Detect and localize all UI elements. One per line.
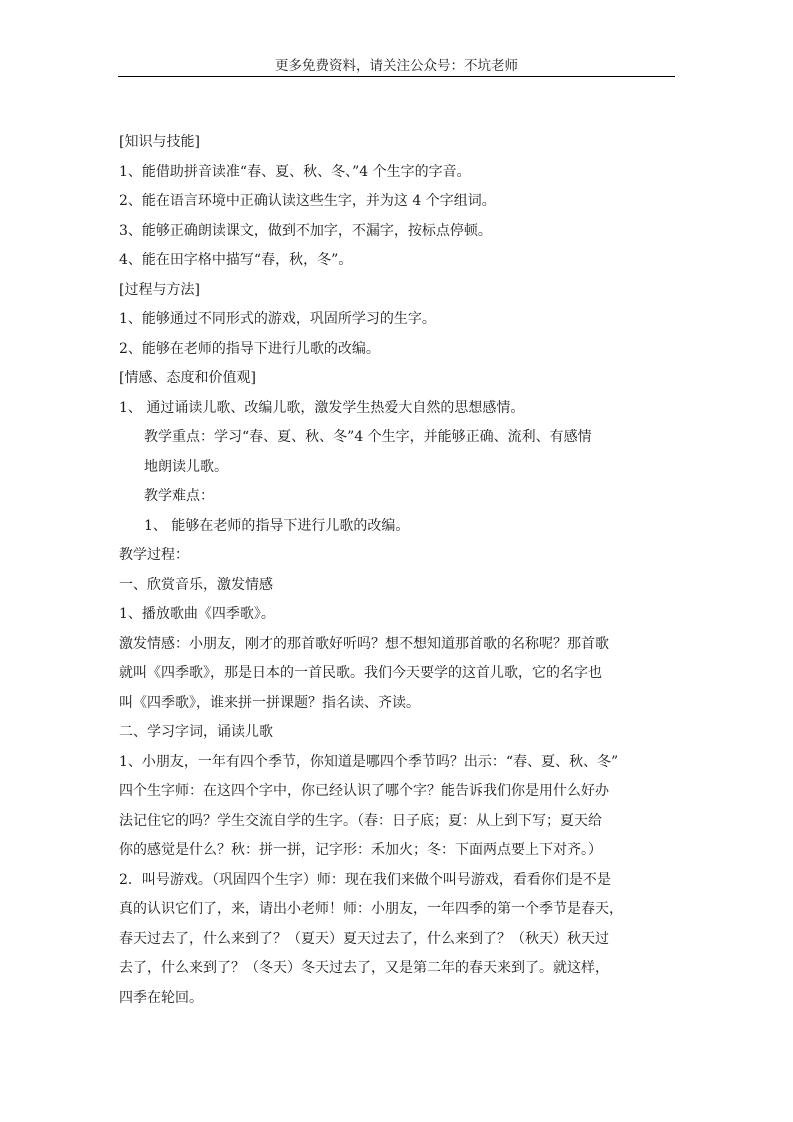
document-body: [知识与技能] 1、能借助拼音读准“春、夏、秋、冬、”4 个生字的字音。 2、能…	[119, 130, 679, 1015]
paragraph-line: 激发情感：小朋友，刚才的那首歌好听吗？想不想知道那首歌的名称呢？那首歌	[119, 632, 679, 662]
page-header: 更多免费资料，请关注公众号：不坑老师	[118, 56, 675, 76]
paragraph-line: 1、小朋友，一年有四个季节，你知道是哪四个季节吗？出示：“春、夏、秋、冬”	[119, 750, 679, 780]
teaching-focus: 教学重点：学习“春、夏、秋、冬”4 个生字，并能够正确、流利、有感情	[119, 425, 679, 455]
paragraph-line: 你的感觉是什么？秋：拼一拼，记字形：禾加火；冬：下面两点要上下对齐。）	[119, 838, 679, 868]
teaching-process-heading: 教学过程：	[119, 543, 679, 573]
step-heading-one: 一、欣赏音乐，激发情感	[119, 573, 679, 603]
paragraph-line: 叫《四季歌》，谁来拼一拼课题？指名读、齐读。	[119, 691, 679, 721]
objective-item: 1、能借助拼音读准“春、夏、秋、冬、”4 个生字的字音。	[119, 160, 679, 190]
header-divider	[118, 76, 675, 77]
teaching-focus-continued: 地朗读儿歌。	[119, 455, 679, 485]
objective-item: 2、能在语言环境中正确认读这些生字，并为这 4 个字组词。	[119, 189, 679, 219]
paragraph-line: 法记住它的吗？学生交流自学的生字。（春：日子底；夏：从上到下写；夏天给	[119, 809, 679, 839]
paragraph-line: 去了，什么来到了？（冬天）冬天过去了，又是第二年的春天来到了。就这样，	[119, 956, 679, 986]
section-heading-knowledge-skills: [知识与技能]	[119, 130, 679, 160]
objective-item: 2、能够在老师的指导下进行儿歌的改编。	[119, 337, 679, 367]
objective-item: 1、能够通过不同形式的游戏，巩固所学习的生字。	[119, 307, 679, 337]
paragraph-line: 真的认识它们了，来，请出小老师！师：小朋友，一年四季的第一个季节是春天，	[119, 897, 679, 927]
paragraph-line: 四个生字师：在这四个字中，你已经认识了哪个字？能告诉我们你是用什么好办	[119, 779, 679, 809]
objective-item: 4、能在田字格中描写“春，秋，冬”。	[119, 248, 679, 278]
teaching-difficulty-item: 1、 能够在老师的指导下进行儿歌的改编。	[119, 514, 679, 544]
objective-item: 1、 通过诵读儿歌、改编儿歌，激发学生热爱大自然的思想感情。	[119, 396, 679, 426]
section-heading-emotion-values: [情感、态度和价值观]	[119, 366, 679, 396]
paragraph-line: 春天过去了，什么来到了？（夏天）夏天过去了，什么来到了？（秋天）秋天过	[119, 927, 679, 957]
paragraph-line: 四季在轮回。	[119, 986, 679, 1016]
paragraph-line: 2．叫号游戏。（巩固四个生字）师：现在我们来做个叫号游戏，看看你们是不是	[119, 868, 679, 898]
step-item: 1、播放歌曲《四季歌》。	[119, 602, 679, 632]
teaching-difficulty-heading: 教学难点：	[119, 484, 679, 514]
section-heading-process-methods: [过程与方法]	[119, 278, 679, 308]
paragraph-line: 就叫《四季歌》，那是日本的一首民歌。我们今天要学的这首儿歌，它的名字也	[119, 661, 679, 691]
objective-item: 3、能够正确朗读课文，做到不加字，不漏字，按标点停顿。	[119, 219, 679, 249]
step-heading-two: 二、学习字词，诵读儿歌	[119, 720, 679, 750]
